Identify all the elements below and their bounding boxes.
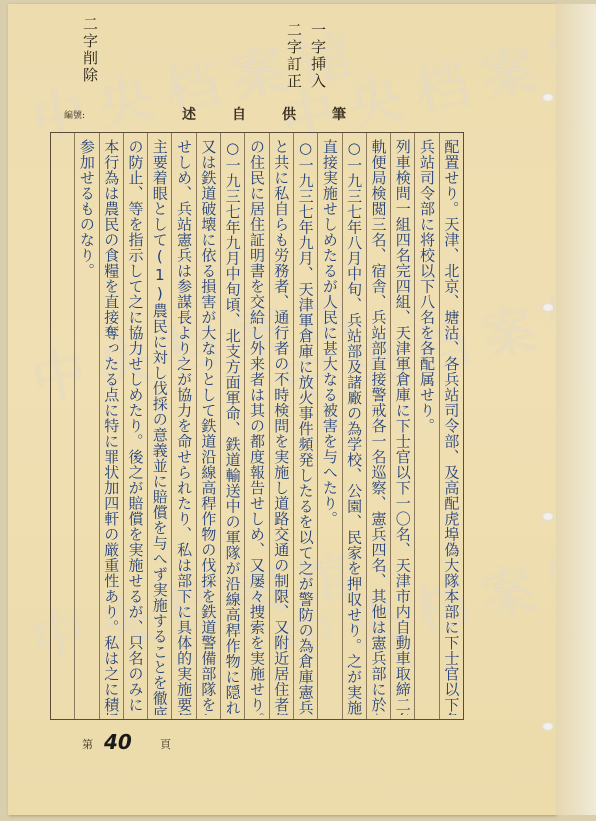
page-number: 40 xyxy=(104,730,132,754)
manuscript-column: 参加せるものなり。 xyxy=(74,133,98,719)
punch-hole xyxy=(542,722,554,731)
manuscript-column: 直接実施せしめたるが人民に甚大なる被害を与へたり。 xyxy=(317,133,341,719)
manuscript-column: せしめ、兵站憲兵は参謀長より之が協力を命せられたり、私は部下に具体的実施要領を教… xyxy=(171,133,195,719)
column-text: の住民に居住証明書を交給し外来者は其の都度報告せしめ、又屡々捜索を実施せり。 xyxy=(245,139,269,715)
page-prefix: 第 xyxy=(82,736,93,752)
form-title: 述自供筆 xyxy=(182,104,382,124)
manuscript-column: 兵站司令部に将校以下八名を各配属せり。 xyxy=(414,133,438,719)
scan-background-edge xyxy=(556,4,596,815)
form-header: 編號: 述自供筆 xyxy=(64,104,464,126)
margin-note-inserted: 一字挿入 xyxy=(308,22,329,90)
column-text: 軌便局検閲三名、宿舎、兵站部直接警戒各一名巡察、憲兵四名、其他は憲兵部に於りて事… xyxy=(366,139,390,715)
column-text: 直接実施せしめたるが人民に甚大なる被害を与へたり。 xyxy=(318,139,342,715)
manuscript-column xyxy=(51,133,74,719)
manuscript-column: ○一九三七年九月、天津軍倉庫に放火事件頻発したるを以て之が警防の為倉庫憲兵八名を… xyxy=(293,133,317,719)
manuscript-column: の住民に居住証明書を交給し外来者は其の都度報告せしめ、又屡々捜索を実施せり。 xyxy=(244,133,268,719)
column-text: 本行為は農民の食糧を直接奪ったる点に特に罪状加四軒の厳重性あり。私は之に積極的に xyxy=(99,139,123,715)
column-text: と共に私自らも労務者、通行者の不時検問を実施し道路交通の制限、又附近居住者伊指定… xyxy=(269,139,293,715)
margin-note-corrected: 二字訂正 xyxy=(284,22,305,90)
manuscript-column: 配置せり。天津、北京、塘沽、各兵站司令部、及高配虎埠偽大隊本部に下士官以下各四名… xyxy=(439,133,463,719)
manuscript-grid: 配置せり。天津、北京、塘沽、各兵站司令部、及高配虎埠偽大隊本部に下士官以下各四名… xyxy=(50,132,464,720)
column-text: 又は鉄道破壊に依る損害が大なりとして鉄道沿線高稈作物の伐採を鉄道警備部隊をして実… xyxy=(196,139,220,715)
margin-note-deleted: 二字削除 xyxy=(80,16,101,84)
manuscript-column: 本行為は農民の食糧を直接奪ったる点に特に罪状加四軒の厳重性あり。私は之に積極的に xyxy=(99,133,123,719)
manuscript-column: ○一九三七年八月中旬、兵站部及諸廠の為学校、公園、民家を押収せり。之が実施は天津… xyxy=(342,133,366,719)
column-text: 参加せるものなり。 xyxy=(75,139,99,715)
punch-hole xyxy=(542,303,554,312)
punch-hole xyxy=(542,512,554,521)
manuscript-column: と共に私自らも労務者、通行者の不時検問を実施し道路交通の制限、又附近居住者伊指定… xyxy=(269,133,293,719)
manuscript-column: の防止、等を指示して之に協力せしめたり。後之が賠償を実施せるが、只名のみにて極め… xyxy=(123,133,147,719)
column-text: ○一九三七年九月中旬頃、北支方面軍命、鉄道輸送中の軍隊が沿線高稈作物に隠れて行ふ… xyxy=(221,139,245,715)
manuscript-column: 主要着眼として(1)農民に対し伐採の意義並に賠償を与へず実施することを徹底せしむ… xyxy=(147,133,171,719)
column-text: ○一九三七年九月、天津軍倉庫に放火事件頻発したるを以て之が警防の為倉庫憲兵八名を… xyxy=(294,139,318,715)
page-footer: 第 40 頁 xyxy=(82,730,282,760)
manuscript-column: ○一九三七年九月中旬頃、北支方面軍命、鉄道輸送中の軍隊が沿線高稈作物に隠れて行ふ… xyxy=(220,133,244,719)
serial-number-label: 編號: xyxy=(64,108,85,121)
column-text: 列車検問一組四名完四組、天津軍倉庫に下士官以下一〇名、天津市内自動車取締二名、天… xyxy=(391,139,415,715)
column-text: 兵站司令部に将校以下八名を各配属せり。 xyxy=(415,139,439,715)
column-text: せしめ、兵站憲兵は参謀長より之が協力を命せられたり、私は部下に具体的実施要領を教… xyxy=(172,139,196,715)
manuscript-column: 列車検問一組四名完四組、天津軍倉庫に下士官以下一〇名、天津市内自動車取締二名、天… xyxy=(390,133,414,719)
manuscript-column: 又は鉄道破壊に依る損害が大なりとして鉄道沿線高稈作物の伐採を鉄道警備部隊をして実… xyxy=(196,133,220,719)
column-text: 主要着眼として(1)農民に対し伐採の意義並に賠償を与へず実施することを徹底せしむ… xyxy=(148,139,172,715)
page-suffix: 頁 xyxy=(160,736,171,752)
column-text: 配置せり。天津、北京、塘沽、各兵站司令部、及高配虎埠偽大隊本部に下士官以下各四名… xyxy=(439,139,463,715)
document-page: 中央档案馆 中央档案馆 中央档案馆 中央档案馆 中央档案馆 中央档案馆 二字削除… xyxy=(8,4,556,815)
punch-hole xyxy=(542,93,554,102)
column-text: ○一九三七年八月中旬、兵站部及諸廠の為学校、公園、民家を押収せり。之が実施は天津… xyxy=(342,139,366,715)
column-text: の防止、等を指示して之に協力せしめたり。後之が賠償を実施せるが、只名のみにて極め… xyxy=(123,139,147,715)
manuscript-column: 軌便局検閲三名、宿舎、兵站部直接警戒各一名巡察、憲兵四名、其他は憲兵部に於りて事… xyxy=(366,133,390,719)
